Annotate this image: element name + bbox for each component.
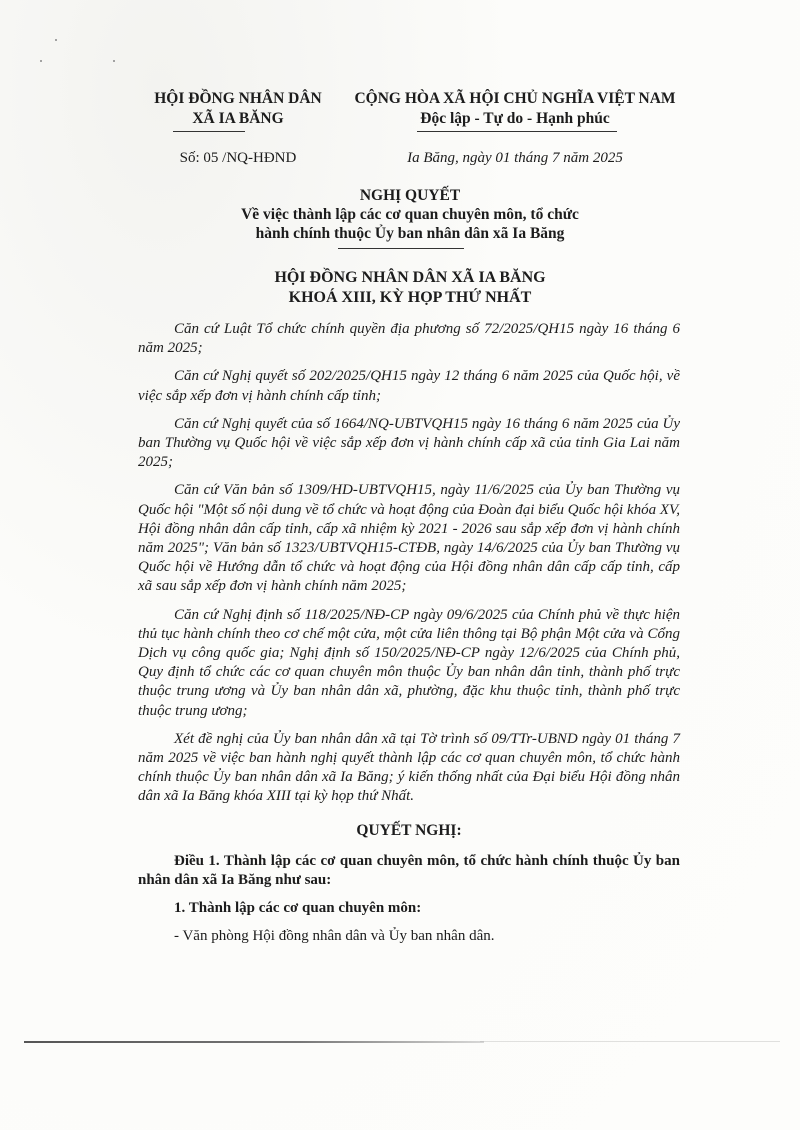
scan-edge-line — [24, 1041, 484, 1043]
issuing-authority: HỘI ĐỒNG NHÂN DÂN XÃ IA BĂNG — [138, 89, 338, 129]
motto-underline — [417, 131, 617, 132]
preamble-paragraph: Căn cứ Văn bản số 1309/HD-UBTVQH15, ngày… — [138, 481, 680, 596]
article-1-item-1-bullet: - Văn phòng Hội đồng nhân dân và Ủy ban … — [138, 927, 680, 946]
council-heading: HỘI ĐỒNG NHÂN DÂN XÃ IA BĂNG KHOÁ XIII, … — [130, 268, 690, 308]
article-1-item-1: 1. Thành lập các cơ quan chuyên môn: — [138, 899, 680, 918]
preamble-paragraph: Xét đề nghị của Ủy ban nhân dân xã tại T… — [138, 730, 680, 807]
subject-line1: Về việc thành lập các cơ quan chuyên môn… — [130, 205, 690, 224]
scan-speck — [55, 39, 57, 41]
nation-line1: CỘNG HÒA XÃ HỘI CHỦ NGHĨA VIỆT NAM — [350, 89, 680, 109]
scan-edge-line-faint — [480, 1041, 780, 1042]
preamble-paragraph: Căn cứ Luật Tổ chức chính quyền địa phươ… — [138, 320, 680, 358]
issuer-line2: XÃ IA BĂNG — [192, 109, 283, 129]
scan-speck — [40, 60, 42, 62]
subject-line2: hành chính thuộc Ủy ban nhân dân xã Ia B… — [130, 224, 690, 243]
title-underline — [338, 248, 464, 249]
issuer-underline — [173, 131, 245, 132]
document-body: Căn cứ Luật Tổ chức chính quyền địa phươ… — [138, 320, 680, 956]
national-motto: CỘNG HÒA XÃ HỘI CHỦ NGHĨA VIỆT NAM Độc l… — [350, 89, 680, 129]
council-line1: HỘI ĐỒNG NHÂN DÂN XÃ IA BĂNG — [130, 268, 690, 288]
issuer-line1: HỘI ĐỒNG NHÂN DÂN — [138, 89, 338, 109]
preamble-paragraph: Căn cứ Nghị quyết của số 1664/NQ-UBTVQH1… — [138, 415, 680, 473]
scanned-page: HỘI ĐỒNG NHÂN DÂN XÃ IA BĂNG CỘNG HÒA XÃ… — [0, 0, 800, 1130]
article-1: Điều 1. Thành lập các cơ quan chuyên môn… — [138, 852, 680, 890]
document-title: NGHỊ QUYẾT Về việc thành lập các cơ quan… — [130, 186, 690, 243]
doc-type: NGHỊ QUYẾT — [130, 186, 690, 205]
preamble-paragraph: Căn cứ Nghị định số 118/2025/NĐ-CP ngày … — [138, 606, 680, 721]
scan-speck — [113, 60, 115, 62]
council-line2: KHOÁ XIII, KỲ HỌP THỨ NHẤT — [130, 288, 690, 308]
nation-line2: Độc lập - Tự do - Hạnh phúc — [420, 109, 609, 129]
place-date: Ia Băng, ngày 01 tháng 7 năm 2025 — [350, 148, 680, 168]
preamble-paragraph: Căn cứ Nghị quyết số 202/2025/QH15 ngày … — [138, 367, 680, 405]
document-number: Số: 05 /NQ-HĐND — [138, 148, 338, 168]
decision-heading: QUYẾT NGHỊ: — [138, 821, 680, 840]
